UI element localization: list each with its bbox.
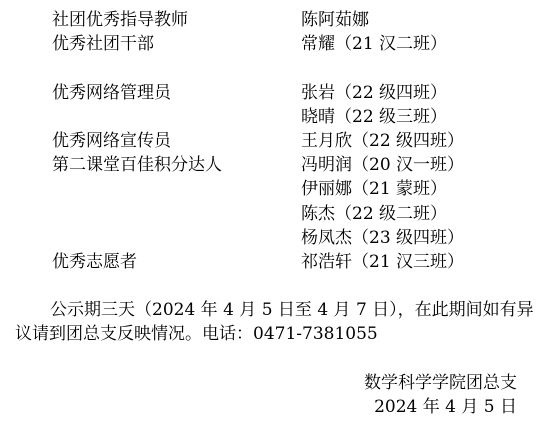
document-page: 社团优秀指导教师 陈阿茹娜 优秀社团干部 常耀（21 汉二班） 优秀网络管理员 … <box>0 0 543 430</box>
recipient-name: 冯明润（20 汉一班） <box>301 153 464 177</box>
blank-line <box>15 274 517 298</box>
award-title: 优秀网络宣传员 <box>52 129 171 153</box>
recipient-name: 伊丽娜（21 蒙班） <box>301 177 447 201</box>
award-row: 陈杰（22 级二班） <box>15 202 517 226</box>
award-row: 优秀网络管理员 张岩（22 级四班） <box>15 81 517 105</box>
award-title: 第二课堂百佳积分达人 <box>52 153 222 177</box>
blank-line <box>15 56 517 80</box>
signature-date: 2024 年 4 月 5 日 <box>15 395 517 419</box>
recipient-name: 晓晴（22 级三班） <box>301 105 447 129</box>
recipient-name: 祁浩轩（21 汉三班） <box>301 250 464 274</box>
award-title: 优秀志愿者 <box>52 250 137 274</box>
award-row: 伊丽娜（21 蒙班） <box>15 177 517 201</box>
award-row: 社团优秀指导教师 陈阿茹娜 <box>15 8 517 32</box>
recipient-name: 杨凤杰（23 级四班） <box>301 226 464 250</box>
notice-line-2: 议请到团总支反映情况。电话：0471-7381055 <box>15 322 517 346</box>
award-row: 优秀志愿者 祁浩轩（21 汉三班） <box>15 250 517 274</box>
recipient-name: 陈阿茹娜 <box>301 8 369 32</box>
award-title: 优秀网络管理员 <box>52 81 171 105</box>
signature-organization: 数学科学学院团总支 <box>15 371 517 395</box>
recipient-name: 常耀（21 汉二班） <box>301 32 447 56</box>
award-list: 社团优秀指导教师 陈阿茹娜 优秀社团干部 常耀（21 汉二班） 优秀网络管理员 … <box>15 8 517 274</box>
award-row: 第二课堂百佳积分达人 冯明润（20 汉一班） <box>15 153 517 177</box>
award-row: 杨凤杰（23 级四班） <box>15 226 517 250</box>
recipient-name: 陈杰（22 级二班） <box>301 202 447 226</box>
blank-line <box>15 347 517 371</box>
award-title: 优秀社团干部 <box>52 32 154 56</box>
notice-line-1: 公示期三天（2024 年 4 月 5 日至 4 月 7 日），在此期间如有异 <box>15 298 517 322</box>
award-row: 优秀社团干部 常耀（21 汉二班） <box>15 32 517 56</box>
award-row: 晓晴（22 级三班） <box>15 105 517 129</box>
award-title: 社团优秀指导教师 <box>52 8 188 32</box>
recipient-name: 张岩（22 级四班） <box>301 81 447 105</box>
recipient-name: 王月欣（22 级四班） <box>301 129 464 153</box>
award-row: 优秀网络宣传员 王月欣（22 级四班） <box>15 129 517 153</box>
